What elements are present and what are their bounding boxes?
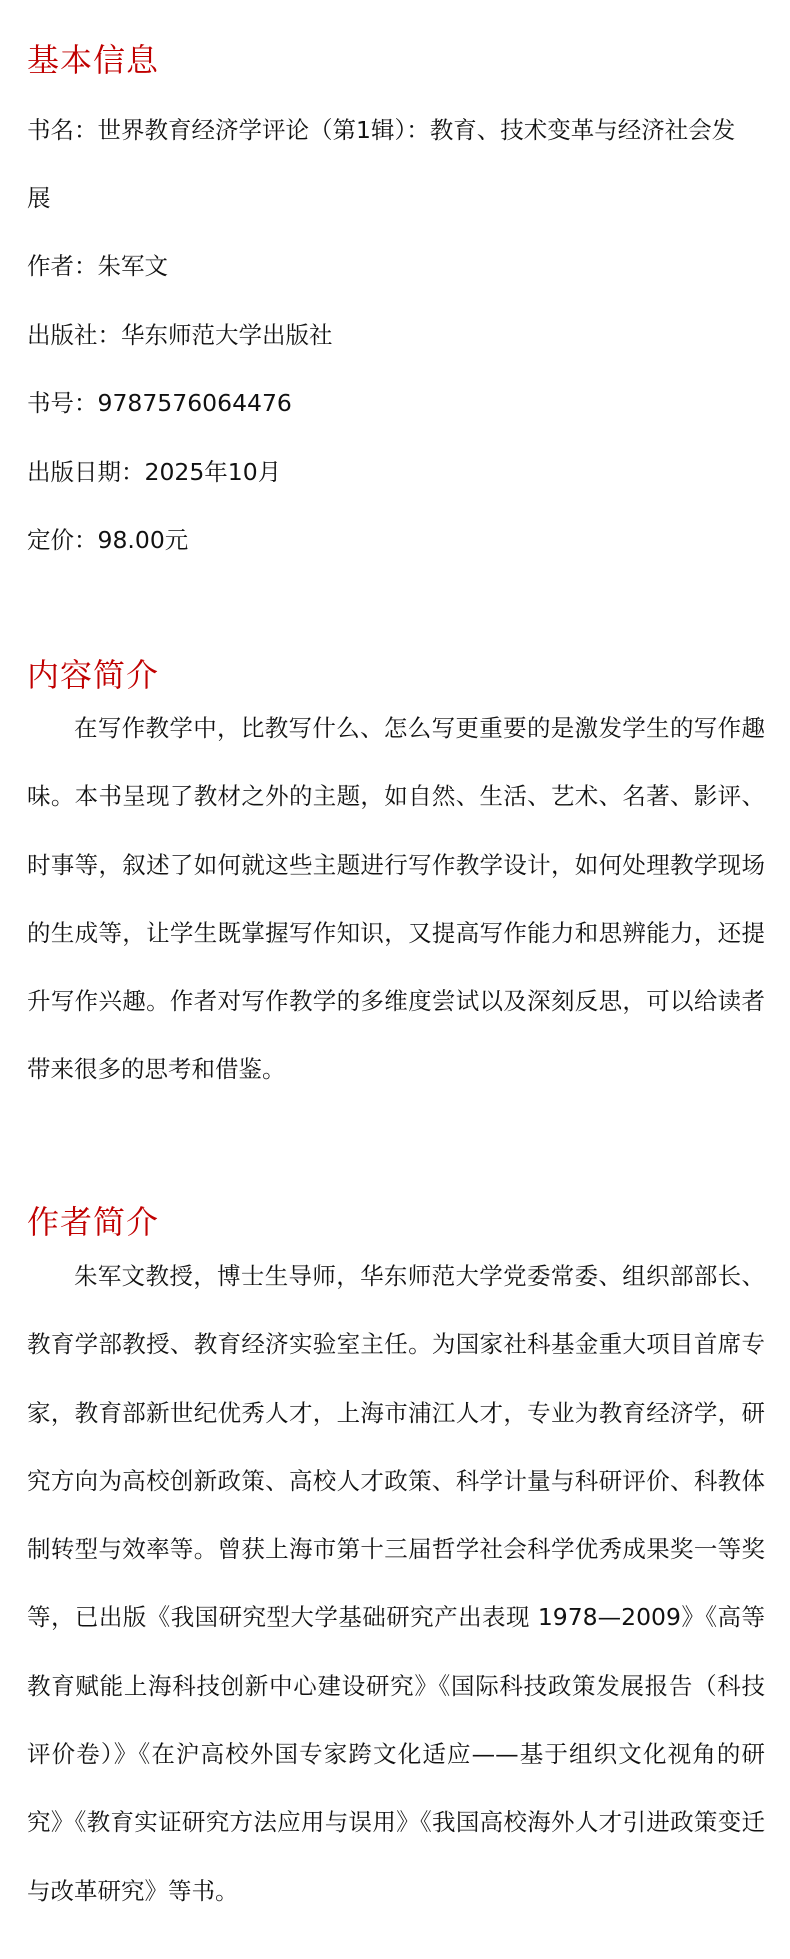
field-publish-date: 出版日期：2025年10月 [27,455,765,489]
field-author: 作者：朱军文 [27,249,765,283]
field-book-title: 书名：世界教育经济学评论（第1辑）：教育、技术变革与经济社会发 [27,113,765,147]
field-isbn: 书号：9787576064476 [27,386,765,420]
field-book-title-cont: 展 [27,181,765,215]
field-price: 定价：98.00元 [27,523,765,557]
section-heading-content-intro: 内容简介 [27,655,159,695]
section-heading-basic-info: 基本信息 [27,40,159,80]
field-publisher: 出版社：华东师范大学出版社 [27,318,765,352]
content-intro-paragraph: 在写作教学中，比教写什么、怎么写更重要的是激发学生的写作趣味。本书呈现了教材之外… [27,694,765,1104]
author-intro-paragraph: 朱军文教授，博士生导师，华东师范大学党委常委、组织部部长、教育学部教授、教育经济… [27,1242,765,1925]
section-heading-author-intro: 作者简介 [27,1202,159,1242]
